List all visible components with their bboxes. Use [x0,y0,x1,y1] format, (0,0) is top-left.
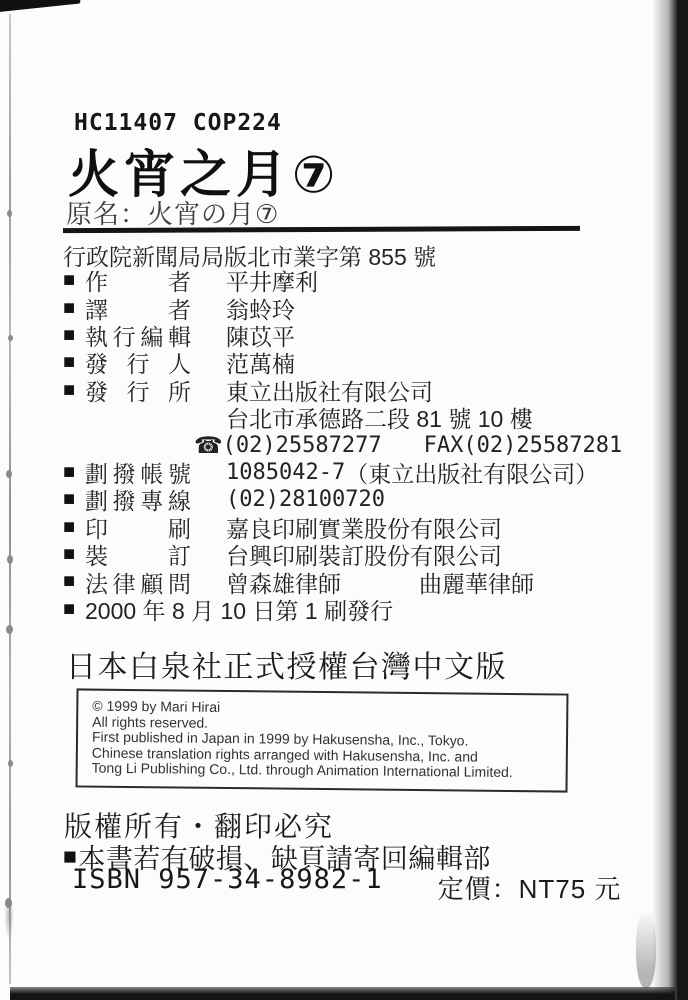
scanned-colophon-page: HC11407 COP224 火宵之月⑦ 原名：火宵の月⑦ 行政院新聞局局版北市… [0,0,688,1000]
colophon-row-translator: ■ 譯者 翁蛉玲 [63,294,623,321]
binding-speck [8,760,13,767]
phone-number: (02)25587277 [223,433,382,458]
colophon-row-postal-hotline: ■ 劃撥專線 (02)28100720 [63,486,623,513]
square-bullet-icon: ■ [63,269,85,292]
square-bullet-icon: ■ [63,324,85,347]
binding-speck [6,470,12,478]
row-label: 發行所 [85,374,191,407]
print-date: 2000 年 8 月 10 日第 1 刷發行 [85,593,393,626]
copyright-line: Tong Li Publishing Co., Ltd. through Ani… [92,761,554,781]
binding-speck [6,625,13,634]
binding-speck [8,335,13,341]
colophon-row-binder: ■ 裝訂 台興印刷裝訂股份有限公司 [63,541,623,568]
square-bullet-icon: ■ [63,461,85,484]
binding-edge [9,14,11,984]
hotline-number: (02)28100720 [226,487,385,512]
original-title: 原名：火宵の月⑦ [66,194,279,231]
colophon-list: ■ 作者 平井摩利 ■ 譯者 翁蛉玲 ■ 執行編輯 陳苡平 ■ 發行人 范萬楠 … [63,267,623,623]
scan-corner-mark [0,0,81,13]
square-bullet-icon: ■ [63,570,85,593]
isbn-number: ISBN 957-34-8982-1 [72,864,383,895]
square-bullet-icon: ■ [63,598,85,621]
square-bullet-icon: ■ [63,516,85,539]
colophon-row-printer: ■ 印刷 嘉良印刷實業股份有限公司 [63,514,623,541]
colophon-row-address: 台北市承德路二段 81 號 10 樓 [63,404,623,431]
colophon-row-phone-fax: ☎ (02)25587277 FAX(02)25587281 [63,431,623,458]
binding-speck [7,555,13,564]
phone-icon: ☎ [194,432,223,459]
isbn-price-row: ISBN 957-34-8982-1 定價：NT75 元 [72,864,621,906]
scan-edge-right [652,0,688,1000]
square-bullet-icon: ■ [63,297,85,320]
copyright-box: © 1999 by Mari Hirai All rights reserved… [75,688,568,792]
lawyer-name-2: 曲麗華律師 [419,566,534,599]
scan-edge-bottom [10,987,675,1000]
scan-smudge [4,894,14,940]
authorization-statement: 日本白泉社正式授權台灣中文版 [66,642,507,686]
square-bullet-icon: ■ [63,488,85,511]
square-bullet-icon: ■ [63,351,85,374]
square-bullet-icon: ■ [63,543,85,566]
colophon-row-legal-advisors: ■ 法律顧問 曾森雄律師 曲麗華律師 [63,568,623,595]
colophon-row-print-date: ■ 2000 年 8 月 10 日第 1 刷發行 [63,596,623,623]
binding-speck [7,210,12,217]
publisher-address: 台北市承德路二段 81 號 10 樓 [226,401,533,434]
colophon-row-issuer: ■ 發行人 范萬楠 [63,349,623,376]
price-label: 定價：NT75 元 [438,869,622,906]
fax-number: FAX(02)25587281 [424,433,623,458]
divider-rule [63,226,580,233]
colophon-row-author: ■ 作者 平井摩利 [63,267,623,294]
postal-account-number: 1085042-7 [226,460,345,485]
postal-account-holder: （東立出版社有限公司） [345,456,598,489]
colophon-row-executive-editor: ■ 執行編輯 陳苡平 [63,322,623,349]
colophon-row-publisher: ■ 發行所 東立出版社有限公司 [63,377,623,404]
square-bullet-icon: ■ [63,379,85,402]
colophon-row-postal-account: ■ 劃撥帳號 1085042-7 （東立出版社有限公司） [63,459,623,486]
